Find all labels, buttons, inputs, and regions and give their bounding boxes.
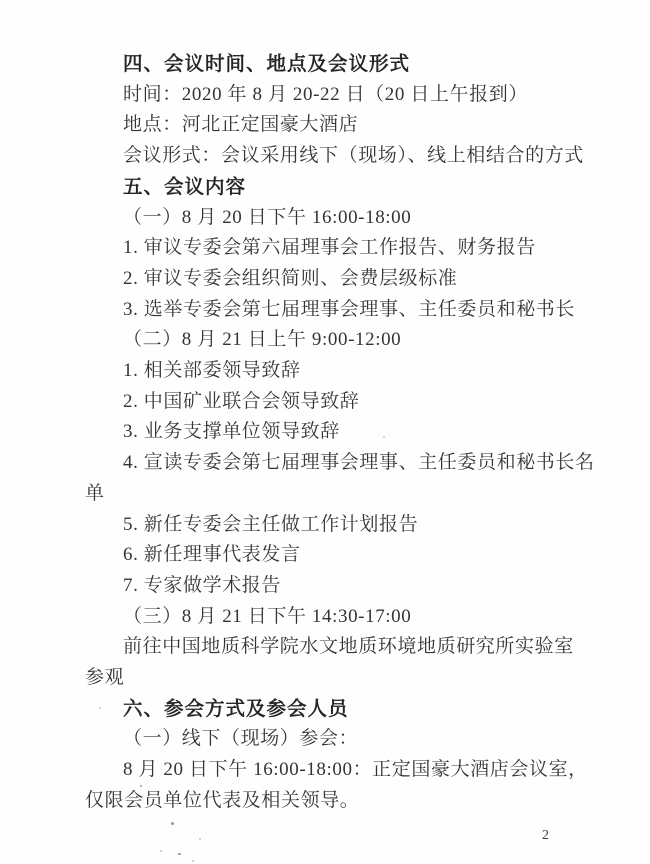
page-number: 2: [542, 828, 549, 844]
scan-speckle: [99, 707, 101, 709]
section-heading-five: 五、会议内容: [85, 172, 585, 203]
scan-speckle: [192, 860, 194, 862]
line-agenda-item: 2. 审议专委会组织简则、会费层级标准: [85, 264, 585, 295]
line-agenda-item-wrap: 单: [85, 479, 585, 510]
line-agenda-item: 3. 业务支撑单位领导致辞: [85, 417, 585, 448]
line-agenda-item: 4. 宣读专委会第七届理事会理事、主任委员和秘书长名: [85, 448, 585, 479]
line-offline-attend: （一）线下（现场）参会：: [85, 724, 585, 755]
scan-speckle: [140, 785, 142, 787]
line-offline-detail: 8 月 20 日下午 16:00-18:00：正定国豪大酒店会议室，: [85, 755, 585, 786]
scan-speckle: [178, 853, 181, 855]
line-agenda-item: 3. 选举专委会第七届理事会理事、主任委员和秘书长: [85, 295, 585, 326]
scanned-document-page: 四、会议时间、地点及会议形式 时间：2020 年 8 月 20-22 日（20 …: [0, 0, 650, 864]
line-agenda-item: 1. 审议专委会第六届理事会工作报告、财务报告: [85, 233, 585, 264]
line-meeting-location: 地点：河北正定国豪大酒店: [85, 110, 585, 141]
line-agenda-item: 5. 新任专委会主任做工作计划报告: [85, 510, 585, 541]
line-session-2: （二）8 月 21 日上午 9:00-12:00: [85, 325, 585, 356]
line-agenda-item: 1. 相关部委领导致辞: [85, 356, 585, 387]
line-meeting-time: 时间：2020 年 8 月 20-22 日（20 日上午报到）: [85, 80, 585, 111]
line-visit-activity: 前往中国地质科学院水文地质环境地质研究所实验室: [85, 632, 585, 663]
line-meeting-format: 会议形式：会议采用线下（现场）、线上相结合的方式: [85, 141, 585, 172]
scan-speckle: [383, 436, 385, 438]
line-visit-wrap: 参观: [85, 663, 585, 694]
section-heading-four: 四、会议时间、地点及会议形式: [85, 49, 585, 80]
scan-speckle: [290, 334, 292, 336]
line-agenda-item: 7. 专家做学术报告: [85, 571, 585, 602]
scan-speckle: [199, 838, 201, 840]
line-session-1: （一）8 月 20 日下午 16:00-18:00: [85, 203, 585, 234]
line-agenda-item: 6. 新任理事代表发言: [85, 540, 585, 571]
scan-speckle: [171, 822, 174, 825]
line-session-3: （三）8 月 21 日下午 14:30-17:00: [85, 602, 585, 633]
scan-speckle: [160, 850, 162, 852]
document-body: 四、会议时间、地点及会议形式 时间：2020 年 8 月 20-22 日（20 …: [85, 49, 585, 817]
line-offline-wrap: 仅限会员单位代表及相关领导。: [85, 786, 585, 817]
line-agenda-item: 2. 中国矿业联合会领导致辞: [85, 387, 585, 418]
section-heading-six: 六、参会方式及参会人员: [85, 694, 585, 725]
